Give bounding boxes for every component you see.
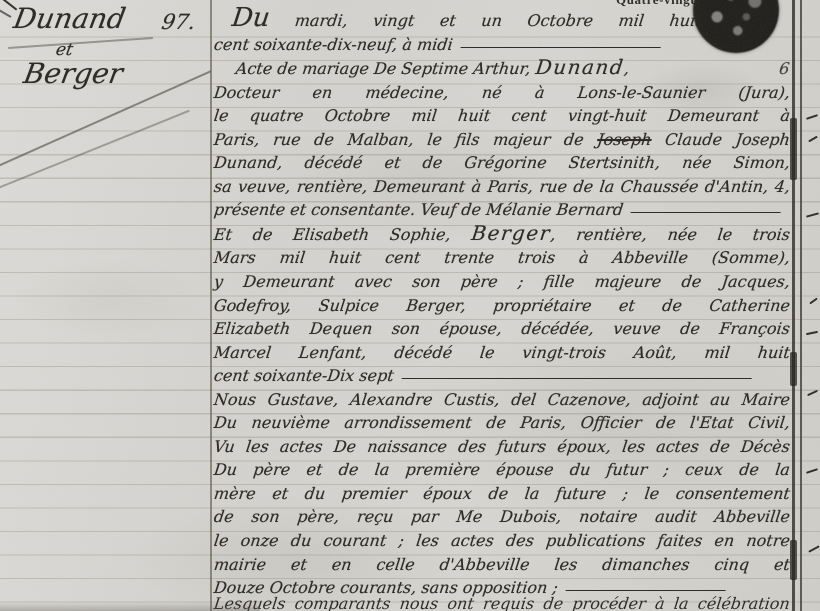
- text-segment: Mars mil huit cent trente trois à Abbevi…: [213, 248, 791, 267]
- text-segment: présente et consentante. Veuf de Mélanie…: [213, 200, 625, 219]
- text-line: de son père, reçu par Me Dubois, notaire…: [213, 505, 792, 529]
- text-line: le onze du courant ; les actes des publi…: [213, 529, 792, 553]
- text-segment: Vu les actes De naissance des futurs épo…: [213, 437, 791, 456]
- text-line: Du père et de la première épouse du futu…: [213, 458, 792, 482]
- text-segment: mairie et en celle d'Abbeville les diman…: [213, 555, 791, 574]
- page-edge-ink-fragment: [808, 136, 818, 143]
- text-segment: Et de Elisabeth Sophie,: [213, 225, 473, 244]
- text-segment: Dunand, décédé et de Grégorine Stertsini…: [213, 153, 791, 172]
- text-line: Paris, rue de Malban, le fils majeur de …: [213, 128, 792, 152]
- filler-dash: [631, 209, 781, 213]
- text-segment: Berger: [470, 221, 552, 245]
- text-segment: Du neuvième arrondissement de Paris, Off…: [213, 413, 791, 432]
- text-segment: Du père et de la première épouse du futu…: [213, 460, 791, 479]
- text-segment: Godefroy, Sulpice Berger, propriétaire e…: [213, 296, 791, 315]
- act-text-column: Du mardi, vingt et un Octobre mil huitce…: [214, 0, 790, 600]
- text-segment: le onze du courant ; les actes des publi…: [213, 531, 791, 550]
- text-line: le quatre Octobre mil huit cent vingt-hu…: [213, 104, 792, 128]
- text-line: Acte de mariage De Septime Arthur, Dunan…: [212, 56, 791, 81]
- page-edge-ink-fragment: [808, 545, 820, 552]
- text-segment: mardi, vingt et un Octobre mil huit: [268, 11, 703, 30]
- page-edge-ink-fragment: [806, 212, 819, 217]
- text-line: mère et du premier époux de la future ; …: [213, 482, 792, 506]
- text-line: Nous Gustave, Alexandre Custis, del Caze…: [213, 388, 792, 412]
- margin-bride-name: Berger: [21, 57, 125, 90]
- text-line: Vu les actes De naissance des futurs épo…: [213, 435, 792, 459]
- record-number: 97.: [160, 10, 198, 34]
- text-line: Elizabeth Dequen son épouse, décédée, ve…: [213, 317, 792, 341]
- text-segment: mère et du premier époux de la future ; …: [213, 484, 791, 503]
- text-segment: Docteur en médecine, né à Lons-le-Saunie…: [213, 83, 791, 102]
- margin-groom-name: Dunand: [11, 2, 128, 35]
- margin-vertical-rule: [210, 0, 212, 611]
- text-segment: le quatre Octobre mil huit cent vingt-hu…: [213, 106, 791, 125]
- ink-blot: [790, 352, 797, 386]
- act-text-block: Du mardi, vingt et un Octobre mil huitce…: [214, 0, 790, 600]
- text-segment: cent soixante-Dix sept: [213, 366, 395, 385]
- page-edge-ink-fragment: [806, 331, 818, 335]
- text-line: y Demeurant avec son père ; fille majeur…: [213, 270, 792, 294]
- text-line: présente et consentante. Veuf de Mélanie…: [213, 198, 792, 222]
- text-segment: Elizabeth Dequen son épouse, décédée, ve…: [213, 319, 791, 338]
- page-edge-rule: [800, 0, 802, 611]
- text-segment: de son père, reçu par Me Dubois, notaire…: [213, 507, 791, 526]
- page-edge-ink-fragment: [809, 298, 818, 305]
- page-edge-rule: [792, 0, 795, 611]
- text-segment: sa veuve, rentière, Demeurant à Paris, r…: [213, 177, 791, 196]
- register-page-scan: Dunand et Berger 97. Du mardi, vingt et …: [0, 0, 820, 611]
- scan-shadow: [0, 602, 260, 611]
- clipped-last-line: Lesquels comparants nous ont requis de p…: [213, 594, 791, 611]
- printed-header-fragment: Quatre-vingt: [616, 0, 695, 8]
- text-line: cent soixante-Dix sept: [213, 364, 792, 388]
- text-segment: Claude Joseph: [650, 130, 791, 149]
- scan-edge-mark: [0, 8, 11, 18]
- page-edge-ink-fragment: [806, 114, 818, 120]
- text-line: Dunand, décédé et de Grégorine Stertsini…: [213, 151, 792, 175]
- page-edge-ink-fragment: [807, 390, 818, 396]
- text-segment: Acte de mariage De Septime Arthur,: [235, 59, 537, 78]
- text-segment: Joseph: [596, 130, 653, 149]
- text-segment: Marcel Lenfant, décédé le vingt-trois Ao…: [213, 343, 791, 362]
- text-line: Du neuvième arrondissement de Paris, Off…: [213, 411, 792, 435]
- text-segment: 6: [778, 59, 791, 78]
- text-segment: Dunand: [534, 55, 625, 79]
- text-line: mairie et en celle d'Abbeville les diman…: [213, 553, 792, 577]
- text-segment: , rentière, née le trois: [550, 225, 792, 244]
- text-line: Godefroy, Sulpice Berger, propriétaire e…: [213, 294, 792, 318]
- text-segment: y Demeurant avec son père ; fille majeur…: [213, 272, 791, 291]
- text-line: Et de Elisabeth Sophie, Berger, rentière…: [212, 222, 791, 247]
- filler-dash: [460, 44, 660, 48]
- filler-dash: [401, 375, 751, 379]
- pen-flourish-stroke: [8, 37, 153, 49]
- text-line: Docteur en médecine, né à Lons-le-Saunie…: [213, 81, 792, 105]
- pen-flourish-stroke: [0, 110, 189, 192]
- text-line: sa veuve, rentière, Demeurant à Paris, r…: [213, 175, 792, 199]
- text-line: Mars mil huit cent trente trois à Abbevi…: [213, 246, 792, 270]
- text-segment: cent soixante-dix-neuf, à midi: [213, 35, 454, 54]
- filler-dash: [566, 587, 726, 591]
- text-line: Marcel Lenfant, décédé le vingt-trois Ao…: [213, 341, 792, 365]
- ink-blot: [790, 540, 797, 580]
- text-segment: Du: [230, 3, 271, 33]
- text-segment: Paris, rue de Malban, le fils majeur de: [213, 130, 599, 149]
- page-edge-ink-fragment: [806, 468, 818, 474]
- text-segment: Nous Gustave, Alexandre Custis, del Caze…: [213, 390, 791, 409]
- text-segment: ,: [623, 59, 636, 78]
